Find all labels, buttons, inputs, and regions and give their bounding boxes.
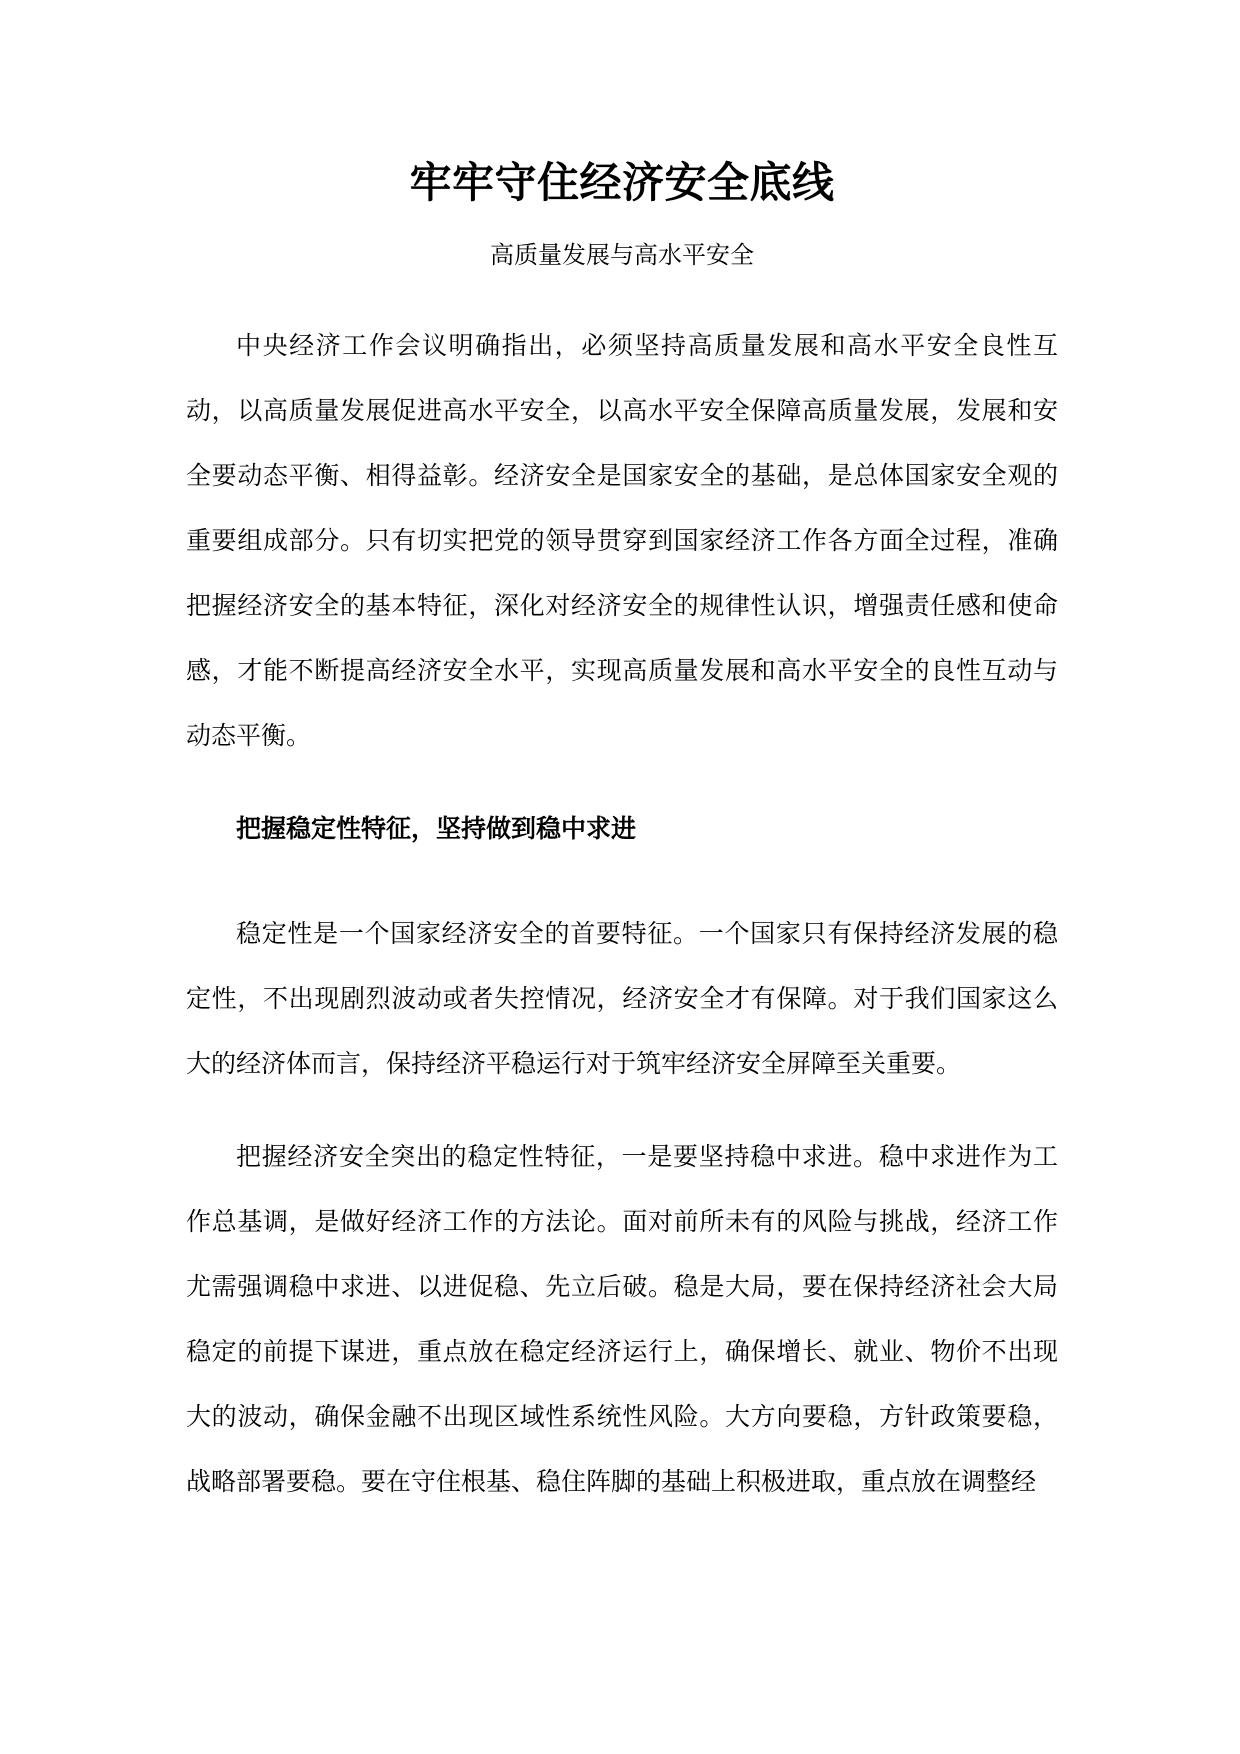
section-heading: 把握稳定性特征，坚持做到稳中求进 xyxy=(186,797,1058,862)
intro-paragraph: 中央经济工作会议明确指出，必须坚持高质量发展和高水平安全良性互动，以高质量发展促… xyxy=(186,314,1058,769)
body-paragraph: 把握经济安全突出的稳定性特征，一是要坚持稳中求进。稳中求进作为工作总基调，是做好… xyxy=(186,1125,1058,1515)
document-page: 牢牢守住经济安全底线 高质量发展与高水平安全 中央经济工作会议明确指出，必须坚持… xyxy=(0,0,1240,1754)
document-body: 中央经济工作会议明确指出，必须坚持高质量发展和高水平安全良性互动，以高质量发展促… xyxy=(186,314,1058,1515)
document-subtitle: 高质量发展与高水平安全 xyxy=(186,244,1058,268)
document-title: 牢牢守住经济安全底线 xyxy=(186,162,1058,204)
body-paragraph: 稳定性是一个国家经济安全的首要特征。一个国家只有保持经济发展的稳定性，不出现剧烈… xyxy=(186,902,1058,1097)
